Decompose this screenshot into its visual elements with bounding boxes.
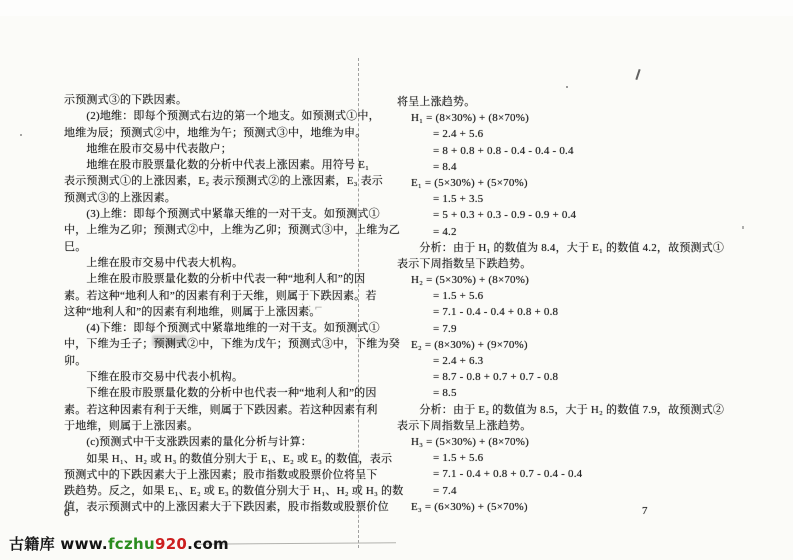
page-number-left: 6 [64, 507, 70, 519]
text-line: 上维在股市股票量化数的分析中代表一种“地利人和”的因 [64, 271, 364, 287]
formula-line: H₁ = (8×30%) + (8×70%) [397, 110, 735, 126]
page-number-right: 7 [642, 505, 648, 517]
text-line: 将呈上涨趋势。 [397, 94, 735, 110]
formula-line: = 1.5 + 3.5 [397, 191, 735, 207]
watermark-green-part: fczhu [108, 535, 155, 553]
formula-line: E₃ = (6×30%) + (5×70%) [397, 499, 735, 515]
formula-line: = 8 + 0.8 + 0.8 - 0.4 - 0.4 - 0.4 [397, 143, 735, 159]
text-line: (4)下维：即每个预测式中紧靠地维的一对干支。如预测式① [64, 320, 364, 336]
formula-line: H₃ = (5×30%) + (8×70%) [397, 434, 735, 450]
text-line: 地维为辰；预测式②中，地维为午；预测式③中，地维为申。 [64, 125, 364, 141]
text-line: 分析：由于 H₁ 的数值为 8.4，大于 E₁ 的数值 4.2，故预测式① [397, 240, 735, 256]
right-page: 将呈上涨趋势。 H₁ = (8×30%) + (8×70%) = 2.4 + 5… [397, 94, 735, 515]
text-line: (3)上维：即每个预测式中紧靠天维的一对干支。如预测式① [64, 206, 364, 222]
text-line: 下维在股市股票量化数的分析中也代表一种“地利人和”的因 [64, 385, 364, 401]
text-line: 于地维，则属于上涨因素。 [64, 418, 364, 434]
text-line: 如果 H₁、H₂ 或 H₃ 的数值分别大于 E₁、E₂ 或 E₃ 的数值，表示 [64, 451, 364, 467]
text-line: 巳。 [64, 239, 364, 255]
formula-line: E₂ = (8×30%) + (9×70%) [397, 337, 735, 353]
formula-line: = 5 + 0.3 + 0.3 - 0.9 - 0.9 + 0.4 [397, 207, 735, 223]
formula-line: = 7.1 - 0.4 + 0.8 + 0.7 - 0.4 - 0.4 [397, 466, 735, 482]
book-scan-spread: 示预测式③的下跌因素。 (2)地维：即每个预测式右边的第一个地支。如预测式①中，… [0, 0, 793, 560]
formula-line: = 2.4 + 6.3 [397, 353, 735, 369]
formula-line: = 1.5 + 5.6 [397, 450, 735, 466]
text-line: 卯。 [64, 353, 364, 369]
formula-line: H₂ = (5×30%) + (8×70%) [397, 272, 735, 288]
pencil-scribble: ˙;⌐ [300, 303, 338, 315]
text-line: 表示预测式①的上涨因素，E₂ 表示预测式②的上涨因素，E₃ 表示 [64, 173, 364, 189]
text-line: 地维在股市股票量化数的分析中代表上涨因素。用符号 E₁ [64, 157, 364, 173]
text-line: 值，表示预测式中的上涨因素大于下跌因素，股市指数或股票价位 [64, 499, 364, 515]
scan-speck [566, 86, 568, 88]
scan-speck [20, 134, 22, 136]
text-line: 下维在股市交易中代表小机构。 [64, 369, 364, 385]
formula-line: = 2.4 + 5.6 [397, 126, 735, 142]
scan-speck [742, 226, 744, 229]
text-line: 中，上维为乙卯；预测式②中，上维为乙卯；预测式③中，上维为乙 [64, 222, 364, 238]
text-line: 上维在股市交易中代表大机构。 [64, 255, 364, 271]
scan-speck [635, 69, 640, 80]
formula-line: = 8.4 [397, 159, 735, 175]
watermark: 古籍库 www.fczhu920.com [9, 533, 229, 554]
formula-line: E₁ = (5×30%) + (5×70%) [397, 175, 735, 191]
formula-line: = 7.1 - 0.4 - 0.4 + 0.8 + 0.8 [397, 304, 735, 320]
formula-line: = 8.7 - 0.8 + 0.7 + 0.7 - 0.8 [397, 369, 735, 385]
text-line: 预测式③的上涨因素。 [64, 190, 364, 206]
text-line: 预测式中的下跌因素大于上涨因素；股市指数或股票价位将呈下 [64, 467, 364, 483]
watermark-prefix: 古籍库 www. [9, 535, 108, 553]
watermark-red-part: 920 [155, 535, 187, 553]
text-line: 跌趋势。反之，如果 E₁、E₂ 或 E₃ 的数值分别大于 H₁、H₂ 或 H₃ … [64, 483, 364, 499]
formula-line: = 7.9 [397, 321, 735, 337]
text-line: (2)地维：即每个预测式右边的第一个地支。如预测式①中， [64, 108, 364, 124]
watermark-suffix: .com [187, 535, 229, 553]
formula-line: = 7.4 [397, 483, 735, 499]
text-line: 素。若这种“地利人和”的因素有利于天维，则属于下跌因素。若 [64, 288, 364, 304]
text-line: 中，下维为壬子；预测式②中，下维为戊午；预测式③中，下维为癸 [64, 336, 364, 352]
text-line: 分析：由于 E₂ 的数值为 8.5，大于 H₂ 的数值 7.9，故预测式② [397, 402, 735, 418]
text-line: 表示下周指数呈上涨趋势。 [397, 418, 735, 434]
formula-line: = 8.5 [397, 385, 735, 401]
text-line: 示预测式③的下跌因素。 [64, 92, 364, 108]
formula-line: = 1.5 + 5.6 [397, 288, 735, 304]
formula-line: = 4.2 [397, 224, 735, 240]
text-line: 地维在股市交易中代表散户； [64, 141, 364, 157]
ink-smudge [152, 335, 186, 346]
text-line: 素。若这种因素有利于天维，则属于下跌因素。若这种因素有利 [64, 402, 364, 418]
text-line: (c)预测式中干支涨跌因素的量化分析与计算： [64, 434, 364, 450]
text-line: 表示下周指数呈下跌趋势。 [397, 256, 735, 272]
